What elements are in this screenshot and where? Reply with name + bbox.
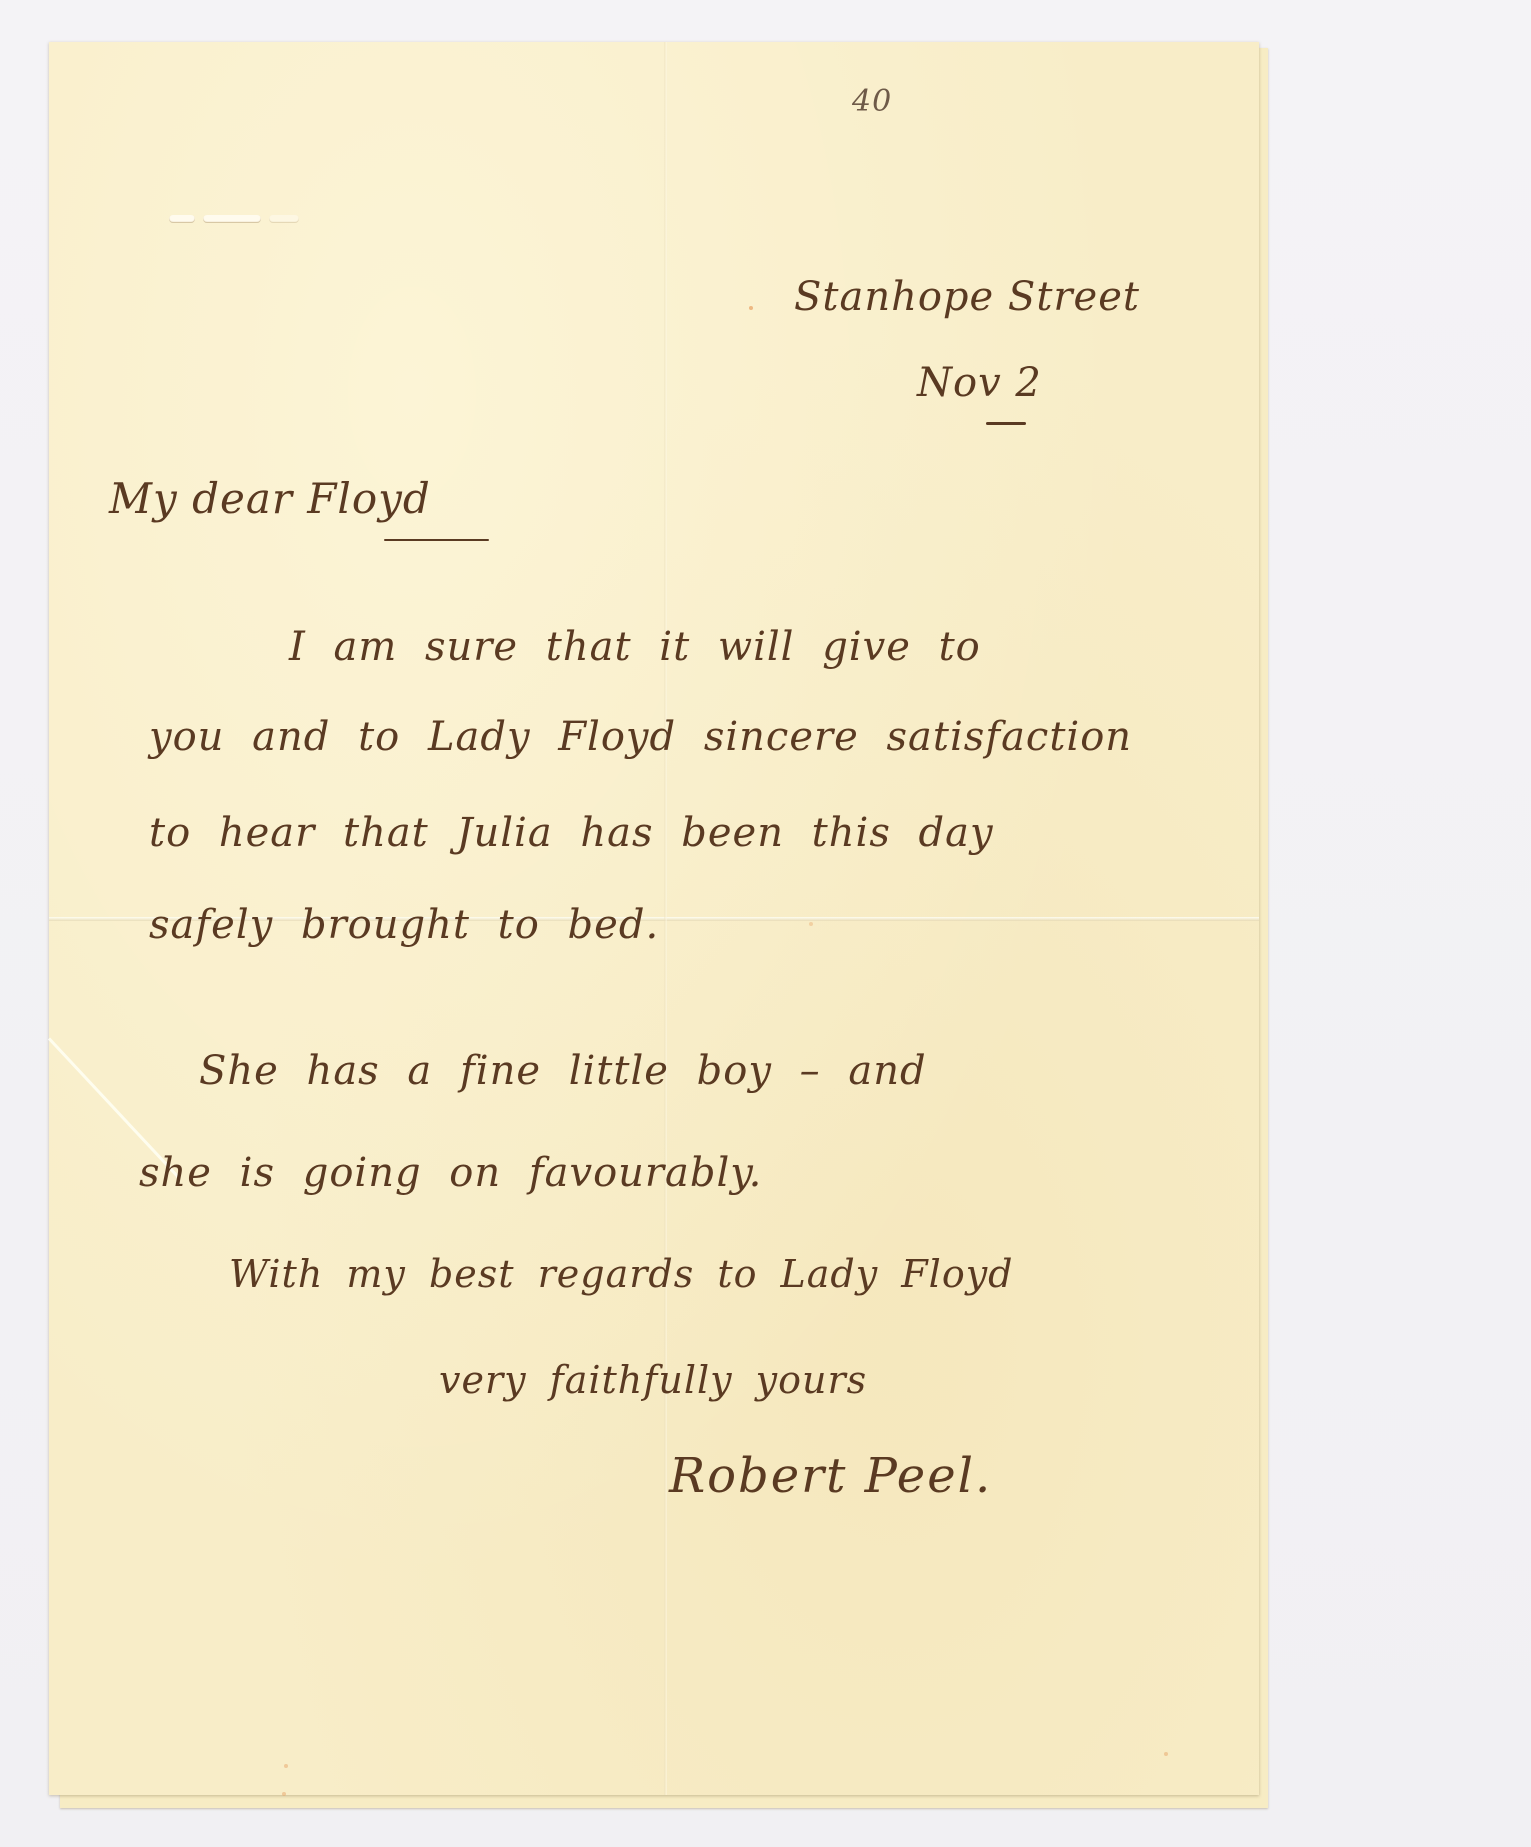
date-underline	[986, 422, 1026, 425]
body-line: She has a fine little boy – and	[199, 1048, 927, 1094]
closing-line: very faithfully yours	[439, 1358, 867, 1402]
signature: Robert Peel.	[669, 1448, 992, 1504]
salutation-underline	[384, 539, 489, 541]
vertical-fold	[664, 42, 667, 1795]
salutation: My dear Floyd	[109, 474, 431, 523]
pin-hole	[203, 215, 261, 223]
body-line: safely brought to bed.	[149, 902, 659, 948]
folio-number: 40	[852, 84, 892, 119]
pin-hole	[269, 215, 299, 223]
date: Nov 2	[917, 360, 1042, 406]
pin-holes	[169, 215, 299, 223]
foxing-spot	[809, 922, 813, 926]
foxing-spot	[1164, 1752, 1168, 1756]
foxing-spot	[749, 306, 753, 310]
body-line: she is going on favourably.	[139, 1150, 762, 1196]
foxing-spot	[282, 1792, 286, 1796]
body-line: you and to Lady Floyd sincere satisfacti…	[149, 714, 1132, 760]
address: Stanhope Street	[794, 274, 1140, 320]
body-line: to hear that Julia has been this day	[149, 810, 994, 856]
closing-line: With my best regards to Lady Floyd	[229, 1252, 1014, 1296]
body-line: I am sure that it will give to	[289, 624, 981, 670]
pin-hole	[169, 215, 195, 223]
foxing-spot	[284, 1764, 288, 1768]
letter-page: 40 Stanhope Street Nov 2 My dear Floyd I…	[49, 42, 1259, 1795]
